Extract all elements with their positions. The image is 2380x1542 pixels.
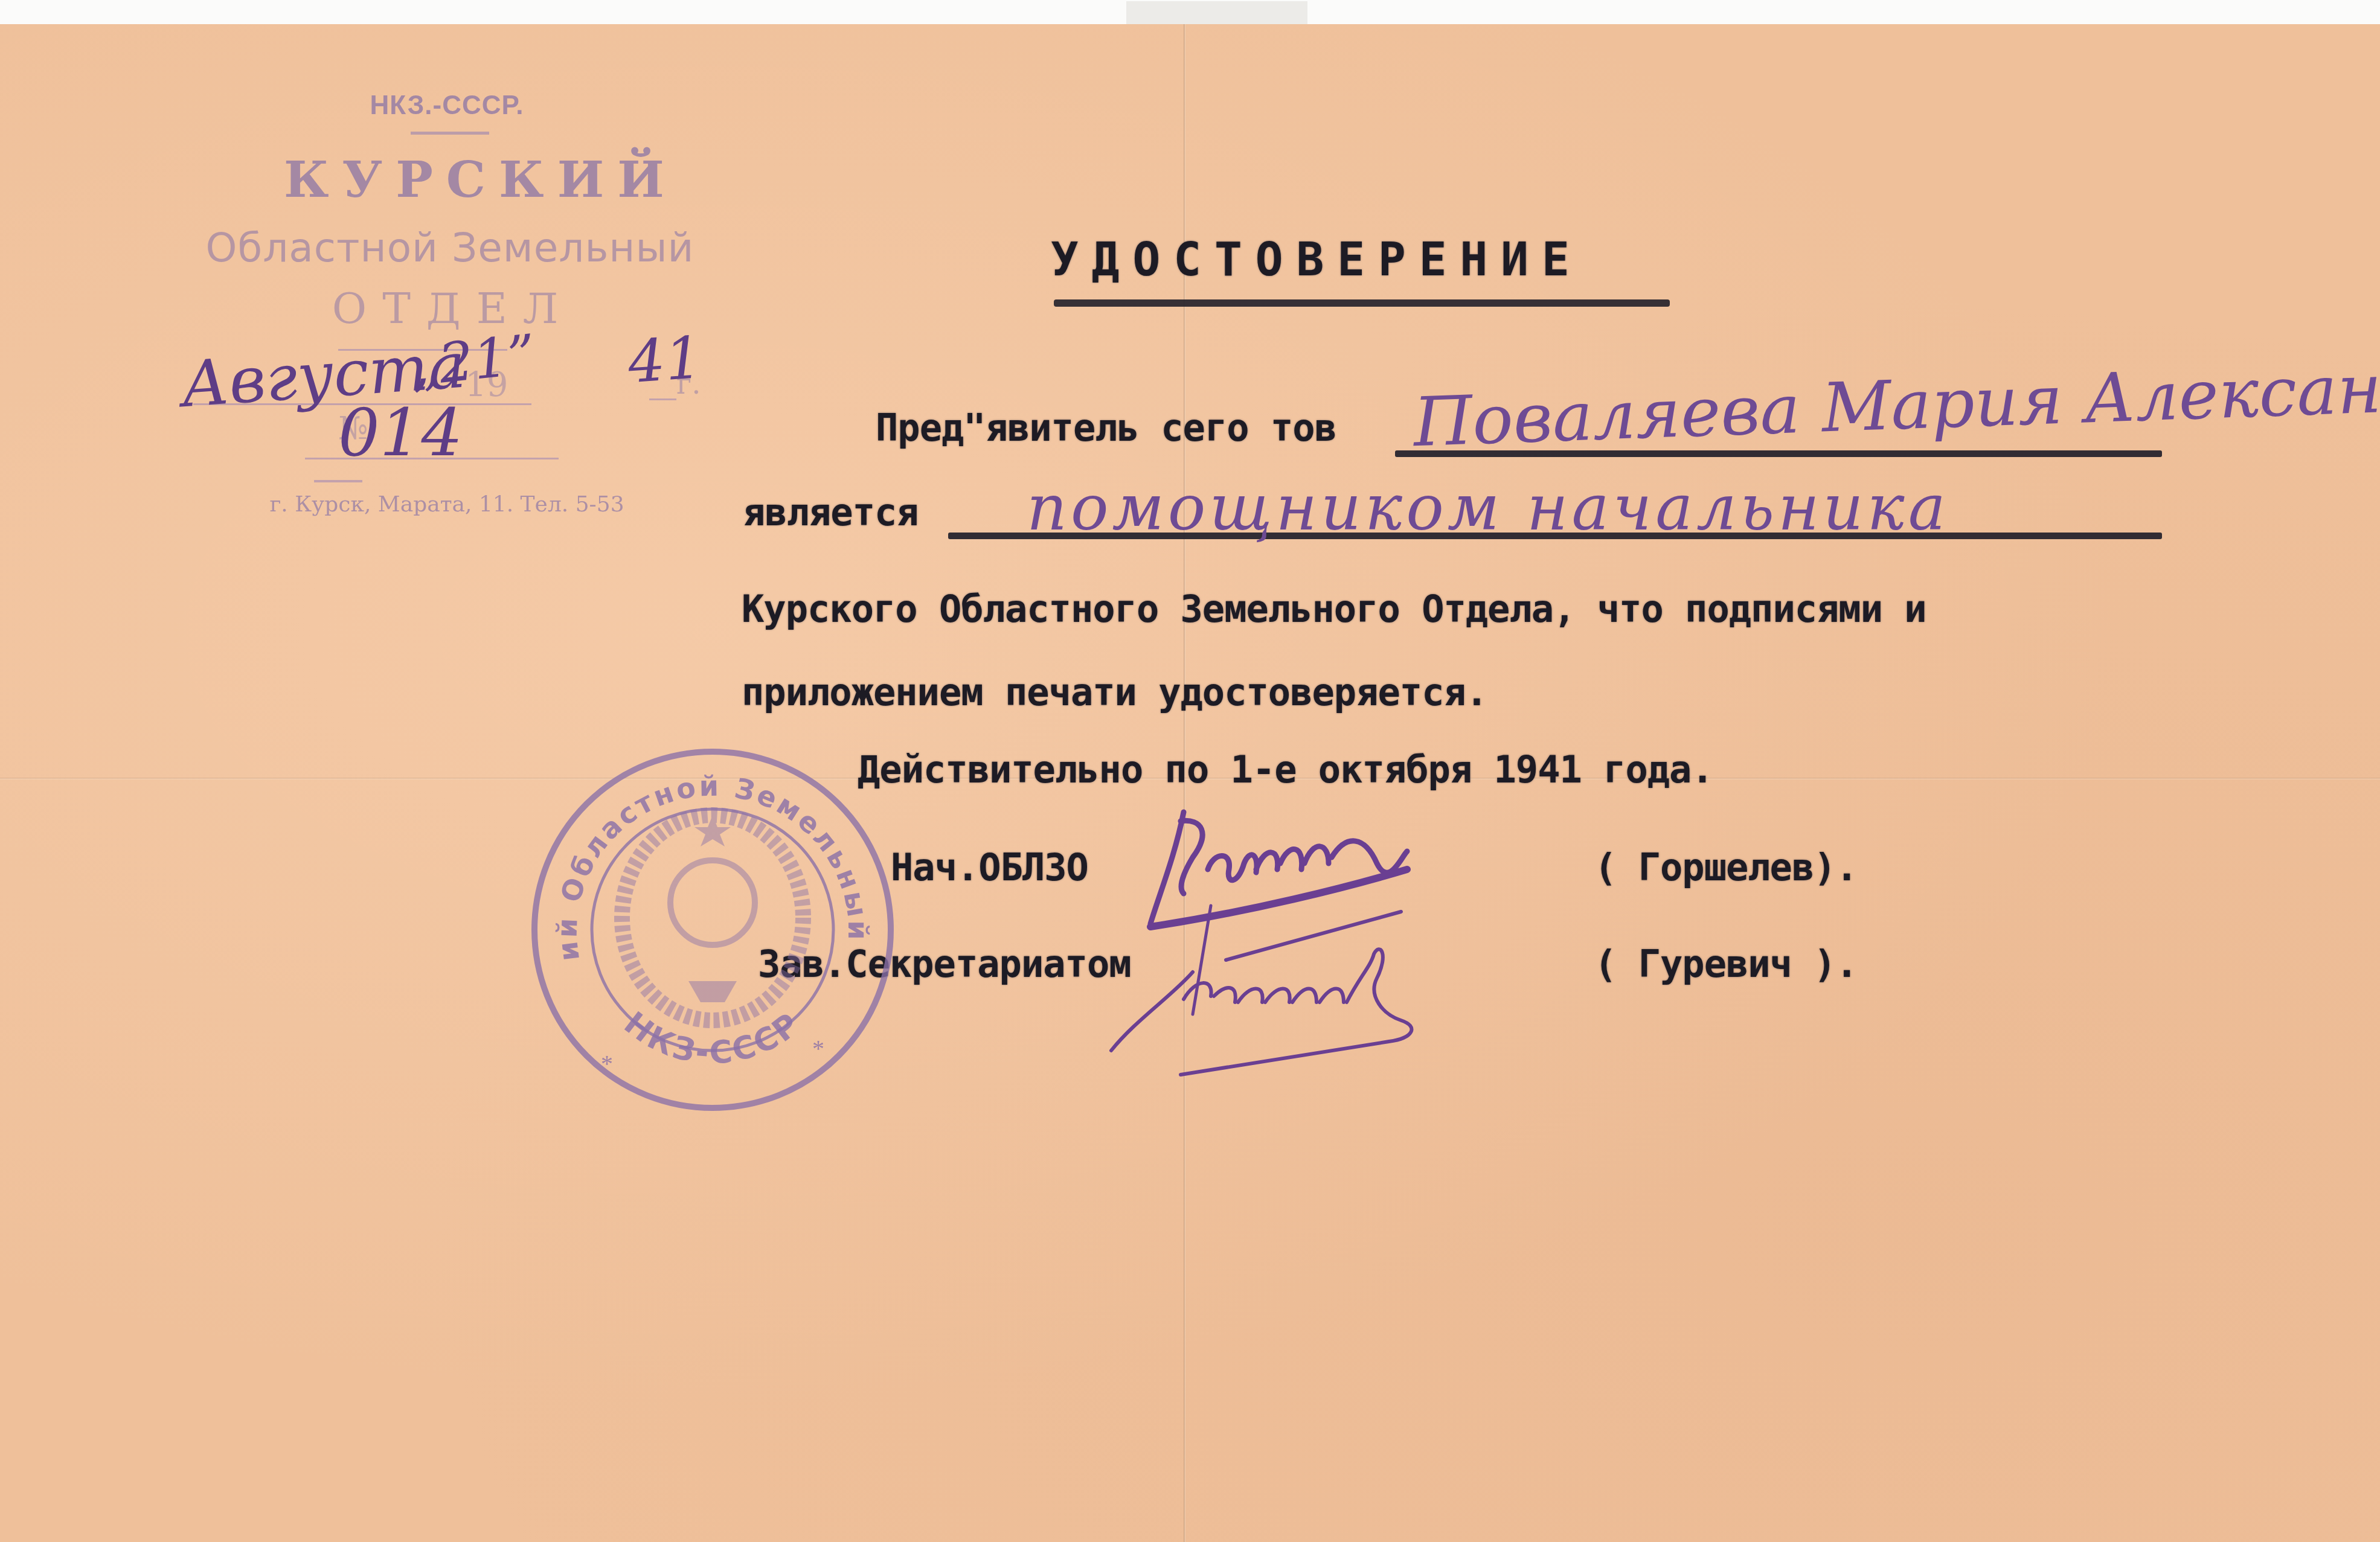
stamp-asterisk-icon: * xyxy=(812,1035,824,1062)
document-title: УДОСТОВЕРЕНИЕ xyxy=(1051,232,1583,286)
letterhead-address: г. Курск, Марата, 11. Тел. 5-53 xyxy=(229,492,664,517)
svg-text:Курский Областной Земельный От: Курский Областной Земельный Отдел xyxy=(525,743,874,963)
stamp-asterisk-icon: * xyxy=(601,1050,613,1077)
signatory-2-name: ( Гуревич ). xyxy=(1594,942,1858,986)
validity-line: Действительно по 1-е октября 1941 года. xyxy=(858,747,1713,792)
handwritten-year: 41 xyxy=(626,324,704,396)
bearer-label: Пред"явитель сего тов xyxy=(876,406,1336,450)
letterhead-rule xyxy=(314,480,362,482)
body-line-4: приложением печати удостоверяется. xyxy=(742,670,1487,714)
position-label: является xyxy=(743,490,919,534)
signatory-1-name: ( Горшелев). xyxy=(1594,845,1858,889)
svg-text:НКЗ-СССР: НКЗ-СССР xyxy=(617,1005,808,1072)
handwritten-position: помощником начальника xyxy=(1027,471,1949,545)
stamp-bottom-text: НКЗ-СССР xyxy=(617,1005,808,1072)
handwritten-day: „21” xyxy=(408,322,539,398)
letterhead-rule xyxy=(411,132,489,135)
letterhead-department: Областной Земельный xyxy=(187,225,713,271)
title-underline xyxy=(1054,299,1670,307)
tape-strip xyxy=(1126,1,1307,27)
body-line-3: Курского Областного Земельного Отдела, ч… xyxy=(742,587,1926,631)
letterhead-city: КУРСКИЙ xyxy=(284,151,610,209)
letterhead-section: ОТДЕЛ xyxy=(326,284,580,333)
round-seal-stamp: Курский Областной Земельный Отдел НКЗ-СС… xyxy=(525,743,900,1117)
letterhead-organization: НКЗ.-СССР. xyxy=(338,91,556,121)
handwritten-document-number: 014 xyxy=(338,395,463,471)
ussr-coat-of-arms-icon xyxy=(622,815,803,1020)
stamp-outer-text: Курский Областной Земельный Отдел xyxy=(525,743,874,963)
year-line xyxy=(649,398,676,400)
signatory-1-title: Нач.ОБЛЗО xyxy=(891,845,1088,889)
